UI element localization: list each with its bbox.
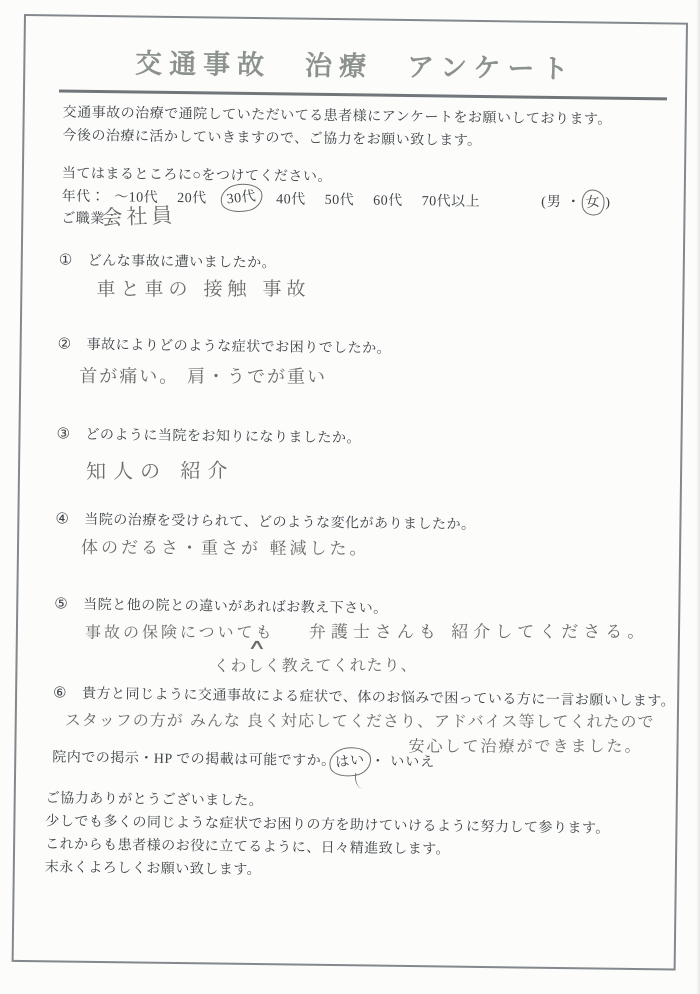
age-option-30s: 30代: [226, 189, 257, 207]
gender-open-paren: (男: [541, 195, 562, 210]
question-3-number: ③: [56, 424, 70, 443]
question-2-number: ②: [58, 334, 72, 353]
question-2-text: 事故によりどのような症状でお困りでしたか。: [87, 338, 392, 357]
question-2: ② 事故によりどのような症状でお困りでしたか。: [58, 333, 392, 357]
gender-group: (男 ・ 女 ): [541, 191, 611, 213]
insertion-caret-icon: ∧: [247, 637, 267, 653]
answer-3-handwriting: 知人の 紹介: [86, 454, 235, 484]
answer-6-line2-handwriting: 安心して治療ができました。: [408, 733, 642, 756]
question-1-number: ①: [59, 250, 73, 269]
gender-separator-dot: ・: [566, 195, 581, 210]
occupation-answer-handwriting: 会社員: [101, 199, 177, 232]
answer-1-handwriting: 車と車の 接触 事故: [96, 274, 310, 301]
question-6-text: 貴方と同じように交通事故による症状で、体のお悩みで困っている方に一言お願いします…: [82, 687, 675, 710]
closing-line-3: これからも患者様のお役に立てるように、日々精進致します。: [45, 833, 450, 858]
question-5-number: ⑤: [54, 594, 68, 613]
publish-no-option: いいえ: [390, 755, 435, 771]
age-label: 年代：: [62, 185, 106, 206]
question-6-number: ⑥: [53, 683, 67, 702]
age-option-50s: 50代: [325, 188, 355, 208]
answer-5-line1-handwriting: 事故の保険についても 弁護士さんも 紹介してくださる。: [85, 617, 649, 642]
age-option-20s: 20代: [177, 187, 207, 207]
answer-5-inserted-handwriting: くわしく教えてくれたり、: [213, 652, 417, 676]
instruction-line: 当てはまるところに○をつけてください。: [62, 162, 332, 186]
publish-yes-option: はい: [335, 753, 366, 771]
publish-yes-no-group: はい ・ いいえ: [334, 750, 435, 773]
question-3: ③ どのように当院をお知りになりましたか。: [56, 423, 361, 447]
scanned-questionnaire: 交通事故 治療 アンケート 交通事故の治療で通院していただいてる患者様にアンケー…: [0, 0, 700, 994]
publish-yes-selected-circle: はい: [328, 745, 373, 778]
question-6: ⑥ 貴方と同じように交通事故による症状で、体のお悩みで困っている方に一言お願いし…: [53, 682, 675, 710]
question-3-text: どのように当院をお知りになりましたか。: [85, 428, 361, 447]
age-option-40s: 40代: [276, 188, 306, 208]
age-option-60s: 60代: [373, 189, 403, 209]
gender-female-option: 女: [585, 195, 602, 212]
gender-close-paren: ): [605, 196, 611, 211]
question-1: ① どんな事故に遭いましたか。: [59, 249, 277, 272]
question-5: ⑤ 当院と他の院との違いがあればお教え下さい。: [54, 593, 388, 617]
publish-separator-dot: ・: [371, 755, 386, 770]
question-4: ④ 当院の治療を受けられて、どのような変化がありましたか。: [55, 508, 475, 533]
question-4-text: 当院の治療を受けられて、どのような変化がありましたか。: [84, 513, 475, 533]
question-5-text: 当院と他の院との違いがあればお教え下さい。: [83, 598, 388, 617]
age-option-30s-selected-circle: 30代: [219, 181, 263, 213]
closing-line-4: 末永くよろしくお願い致します。: [45, 856, 262, 879]
publish-question: 院内での掲示・HP での掲載は可能ですか。: [52, 746, 336, 770]
title-underline: [59, 89, 667, 100]
paper-edge-shadow: [696, 0, 700, 994]
closing-line-1: ご協力ありがとうございました。: [46, 787, 264, 810]
intro-line-2: 今後の治療に活かしていきますので、ご協力をお願い致します。: [62, 125, 481, 150]
question-4-number: ④: [55, 509, 69, 528]
form-title: 交通事故 治療 アンケート: [25, 40, 686, 88]
questionnaire-border-frame: 交通事故 治療 アンケート 交通事故の治療で通院していただいてる患者様にアンケー…: [12, 14, 688, 971]
gender-female-selected-circle: 女: [580, 188, 606, 216]
answer-2-handwriting: 首が痛い。 肩・うでが重い: [79, 362, 327, 389]
answer-5-before-insert: 事故の保険についても: [85, 623, 275, 642]
answer-4-handwriting: 体のだるさ・重さが 軽減した。: [81, 533, 370, 559]
answer-6-line1-handwriting: スタッフの方が みんな 良く対応してくださり、アドバイス等してくれたので: [65, 708, 655, 733]
question-1-text: どんな事故に遭いましたか。: [88, 254, 277, 271]
answer-5-after-insert: 弁護士さんも 紹介してくださる。: [309, 622, 649, 642]
age-option-70s-plus: 70代以上: [422, 190, 481, 211]
